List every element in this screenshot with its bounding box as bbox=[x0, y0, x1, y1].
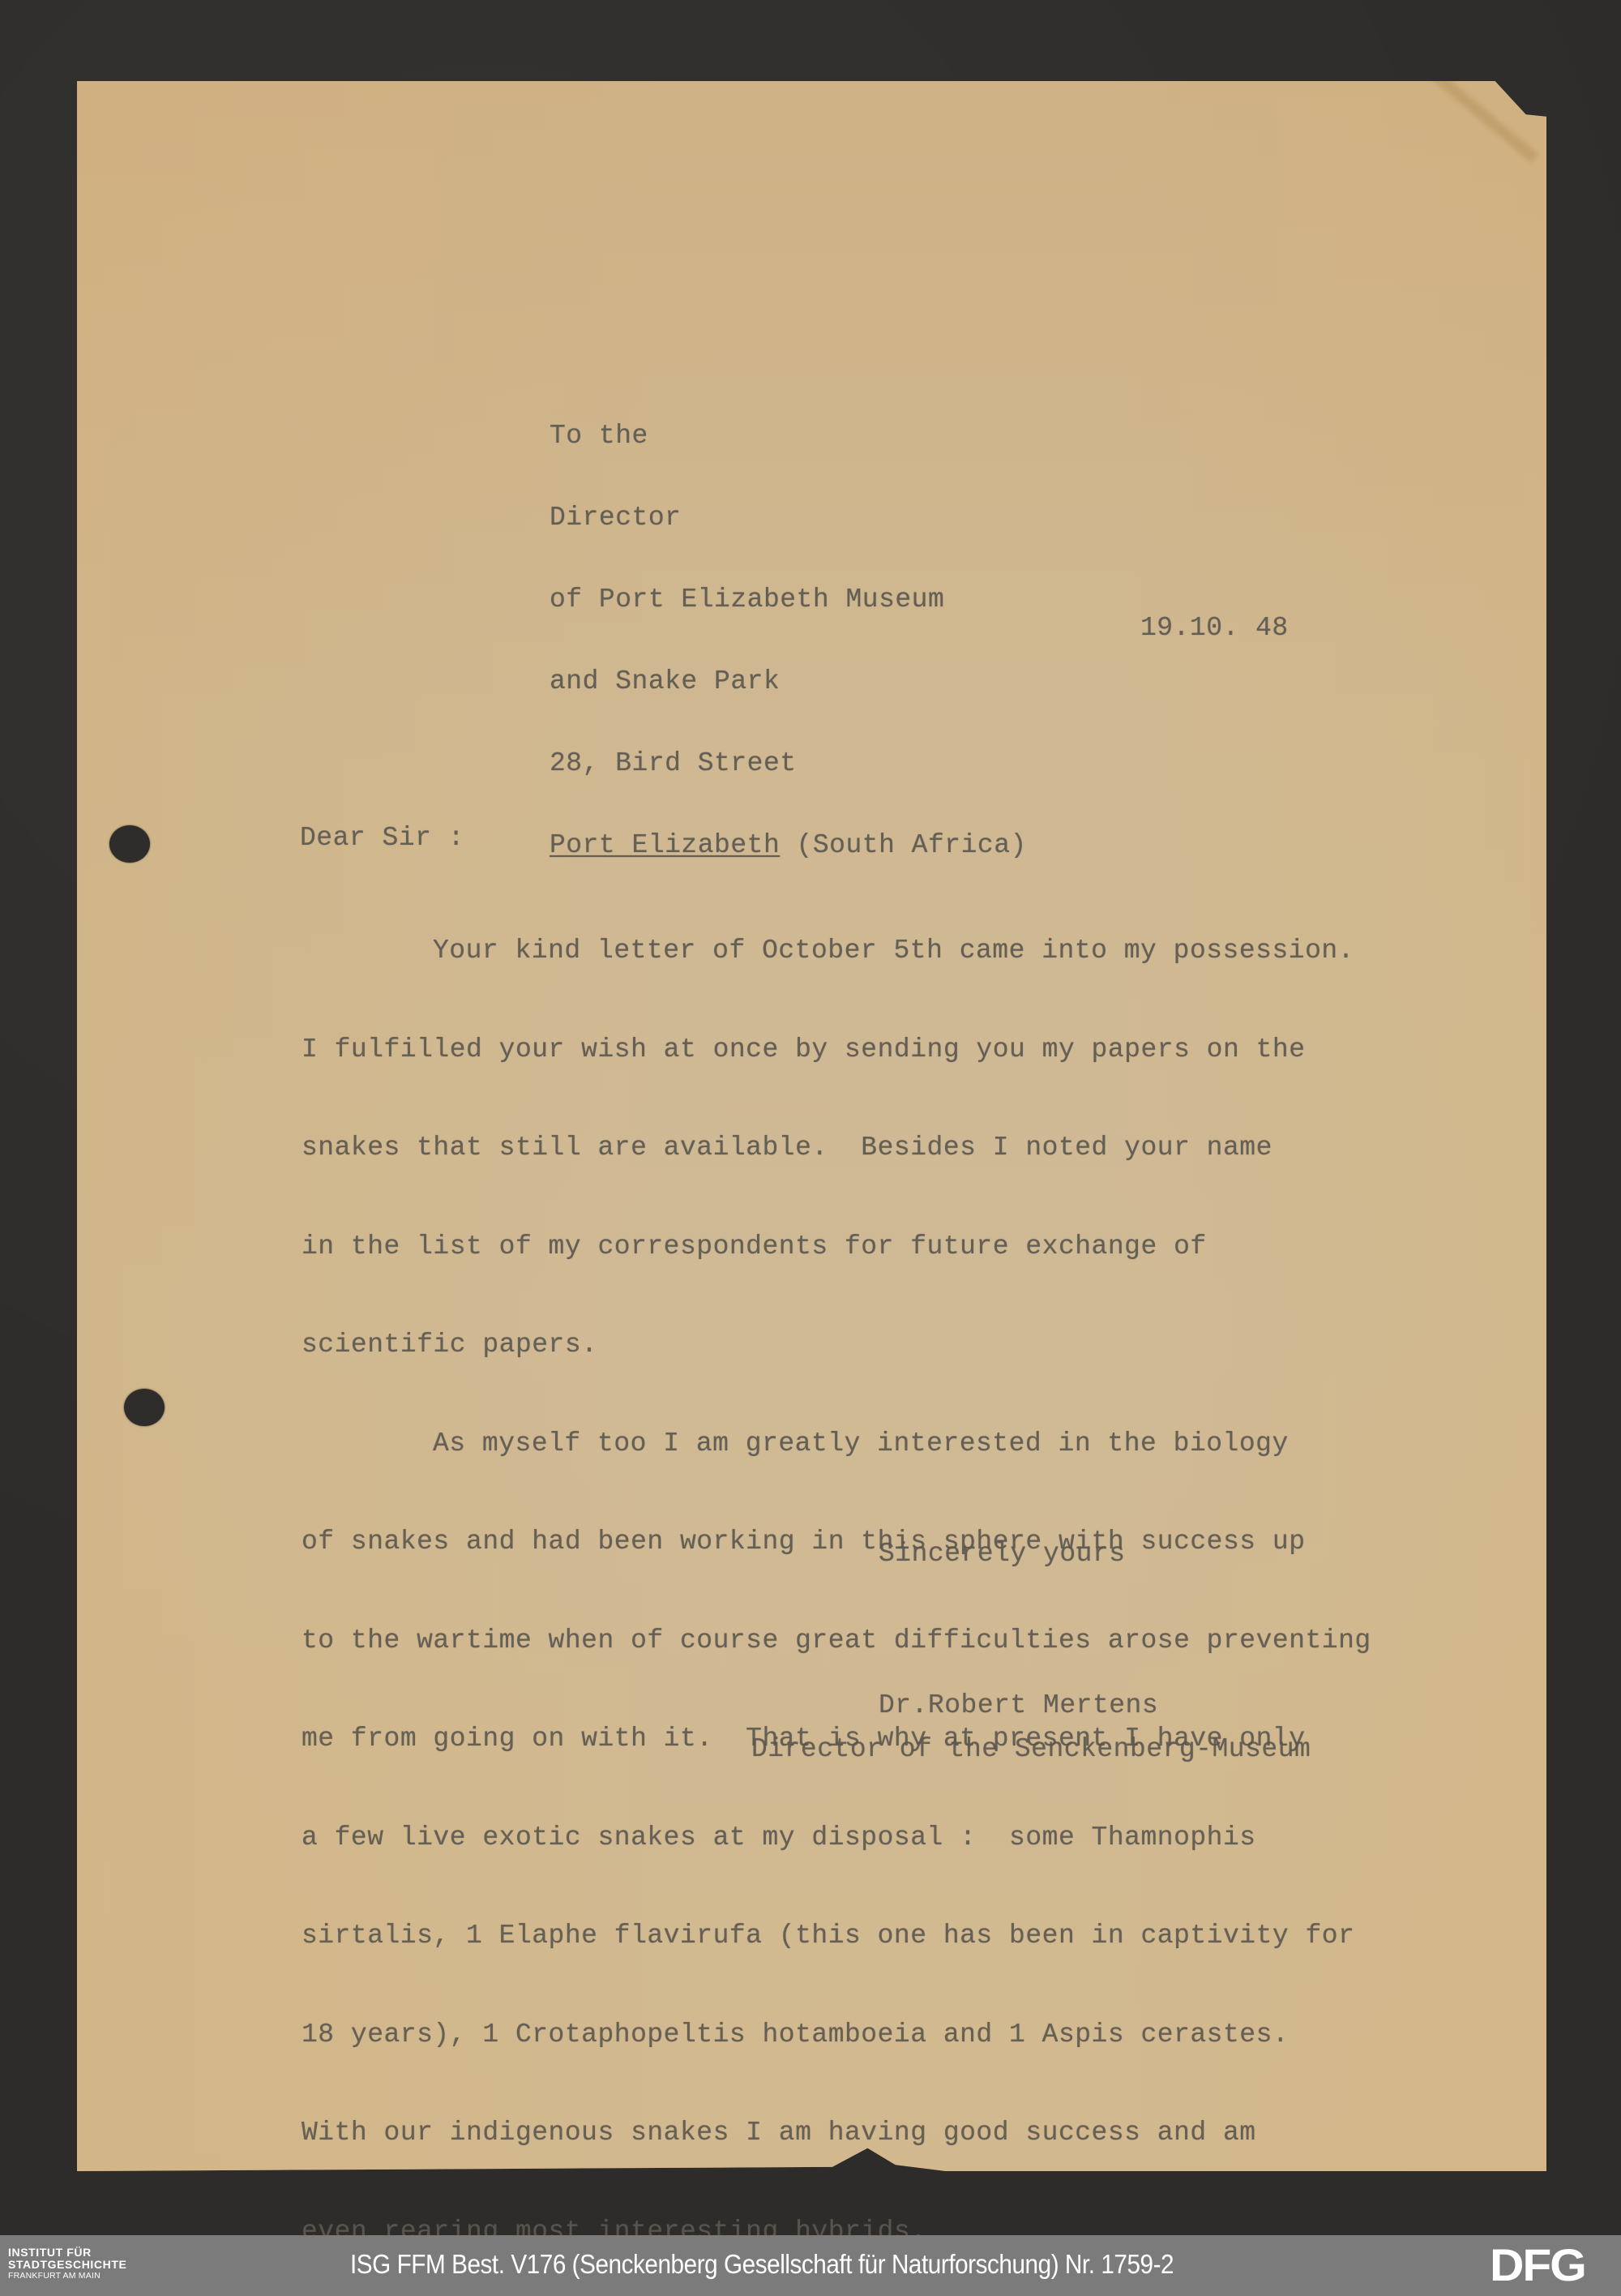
archive-citation: ISG FFM Best. V176 (Senckenberg Gesellsc… bbox=[350, 2248, 1174, 2281]
recipient-address-block: To the Director of Port Elizabeth Museum… bbox=[550, 369, 1027, 887]
body-line: scientific papers. bbox=[302, 1331, 1371, 1377]
signature-title: Director of the Senckenberg-Museum bbox=[751, 1736, 1311, 1763]
body-line: in the list of my correspondents for fut… bbox=[302, 1233, 1371, 1279]
address-line-city: Port Elizabeth (South Africa) bbox=[550, 832, 1027, 860]
dfg-logo: DFG bbox=[1490, 2242, 1585, 2289]
body-line: to the wartime when of course great diff… bbox=[302, 1627, 1371, 1673]
body-line: I fulfilled your wish at once by sending… bbox=[302, 1036, 1371, 1082]
punch-hole-top bbox=[109, 825, 150, 863]
punch-hole-bottom bbox=[124, 1389, 165, 1426]
body-line: sirtalis, 1 Elaphe flavirufa (this one h… bbox=[302, 1922, 1371, 1968]
letter-body: Your kind letter of October 5th came int… bbox=[302, 884, 1371, 2290]
archive-footer-bar: INSTITUT FÜR STADTGESCHICHTE FRANKFURT A… bbox=[0, 2235, 1621, 2296]
closing: Sincerely yours bbox=[879, 1540, 1126, 1567]
institution-name-line2: STADTGESCHICHTE bbox=[8, 2259, 126, 2271]
body-line: Your kind letter of October 5th came int… bbox=[302, 937, 1371, 983]
institution-location: FRANKFURT AM MAIN bbox=[8, 2271, 126, 2281]
institution-logo: INSTITUT FÜR STADTGESCHICHTE FRANKFURT A… bbox=[8, 2247, 126, 2281]
body-line: 18 years), 1 Crotaphopeltis hotamboeia a… bbox=[302, 2021, 1371, 2067]
address-country: (South Africa) bbox=[780, 830, 1027, 860]
address-city-underlined: Port Elizabeth bbox=[550, 830, 780, 860]
signature-name: Dr.Robert Mertens bbox=[879, 1692, 1158, 1719]
salutation: Dear Sir : bbox=[300, 825, 464, 851]
body-line: With our indigenous snakes I am having g… bbox=[302, 2119, 1371, 2165]
body-line: of snakes and had been working in this s… bbox=[302, 1528, 1371, 1574]
institution-name-line1: INSTITUT FÜR bbox=[8, 2247, 126, 2259]
address-line: To the bbox=[550, 422, 1027, 451]
address-line: and Snake Park bbox=[550, 668, 1027, 696]
letter-date: 19.10. 48 bbox=[1140, 615, 1289, 641]
body-line: snakes that still are available. Besides… bbox=[302, 1134, 1371, 1180]
body-line: As myself too I am greatly interested in… bbox=[302, 1430, 1371, 1476]
body-line: a few live exotic snakes at my disposal … bbox=[302, 1824, 1371, 1870]
address-line: of Port Elizabeth Museum bbox=[550, 586, 1027, 615]
address-line: Director bbox=[550, 504, 1027, 533]
address-line: 28, Bird Street bbox=[550, 750, 1027, 778]
